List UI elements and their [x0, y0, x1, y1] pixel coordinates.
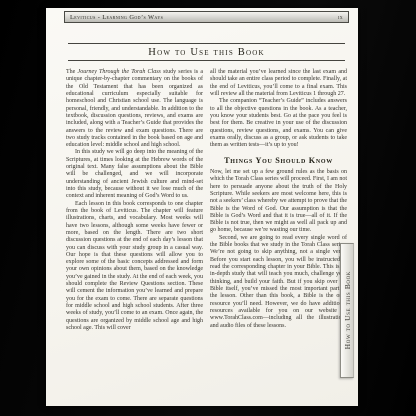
left-column: The Journey Through the Torah Class stud… — [66, 69, 203, 332]
running-header-bar: Leviticus - Learning God’s Ways ix — [64, 11, 349, 23]
chapter-thumb-tab: How to Use this Book — [340, 243, 354, 378]
series-title-italic: Journey Through the Torah Class — [78, 69, 161, 75]
right-column: all the material you’ve learned since th… — [210, 69, 347, 332]
paragraph: Second, we are going to read every singl… — [210, 235, 347, 330]
page-content: How to Use this Book The Journey Through… — [66, 23, 347, 406]
paragraph-body: study series is a unique chapter-by-chap… — [66, 69, 203, 148]
text-columns: The Journey Through the Torah Class stud… — [66, 69, 347, 332]
paragraph: The companion “Teacher’s Guide” includes… — [210, 98, 347, 149]
page-number: ix — [338, 14, 343, 21]
paragraph: The Journey Through the Torah Class stud… — [66, 69, 203, 149]
section-heading: Things You Should Know — [210, 156, 347, 165]
chapter-thumb-tab-label: How to Use this Book — [343, 271, 352, 349]
book-page: Leviticus - Learning God’s Ways ix How t… — [46, 8, 358, 406]
paragraph-lead: The — [66, 69, 78, 75]
running-header-title: Leviticus - Learning God’s Ways — [70, 14, 163, 21]
paragraph: all the material you’ve learned since th… — [210, 69, 347, 98]
paragraph: Now, let me set up a few ground rules as… — [210, 169, 347, 235]
paragraph: Each lesson in this book corresponds to … — [66, 201, 203, 333]
chapter-heading: How to Use this Book — [68, 43, 345, 61]
paragraph: In this study we will go deep into the m… — [66, 149, 203, 200]
